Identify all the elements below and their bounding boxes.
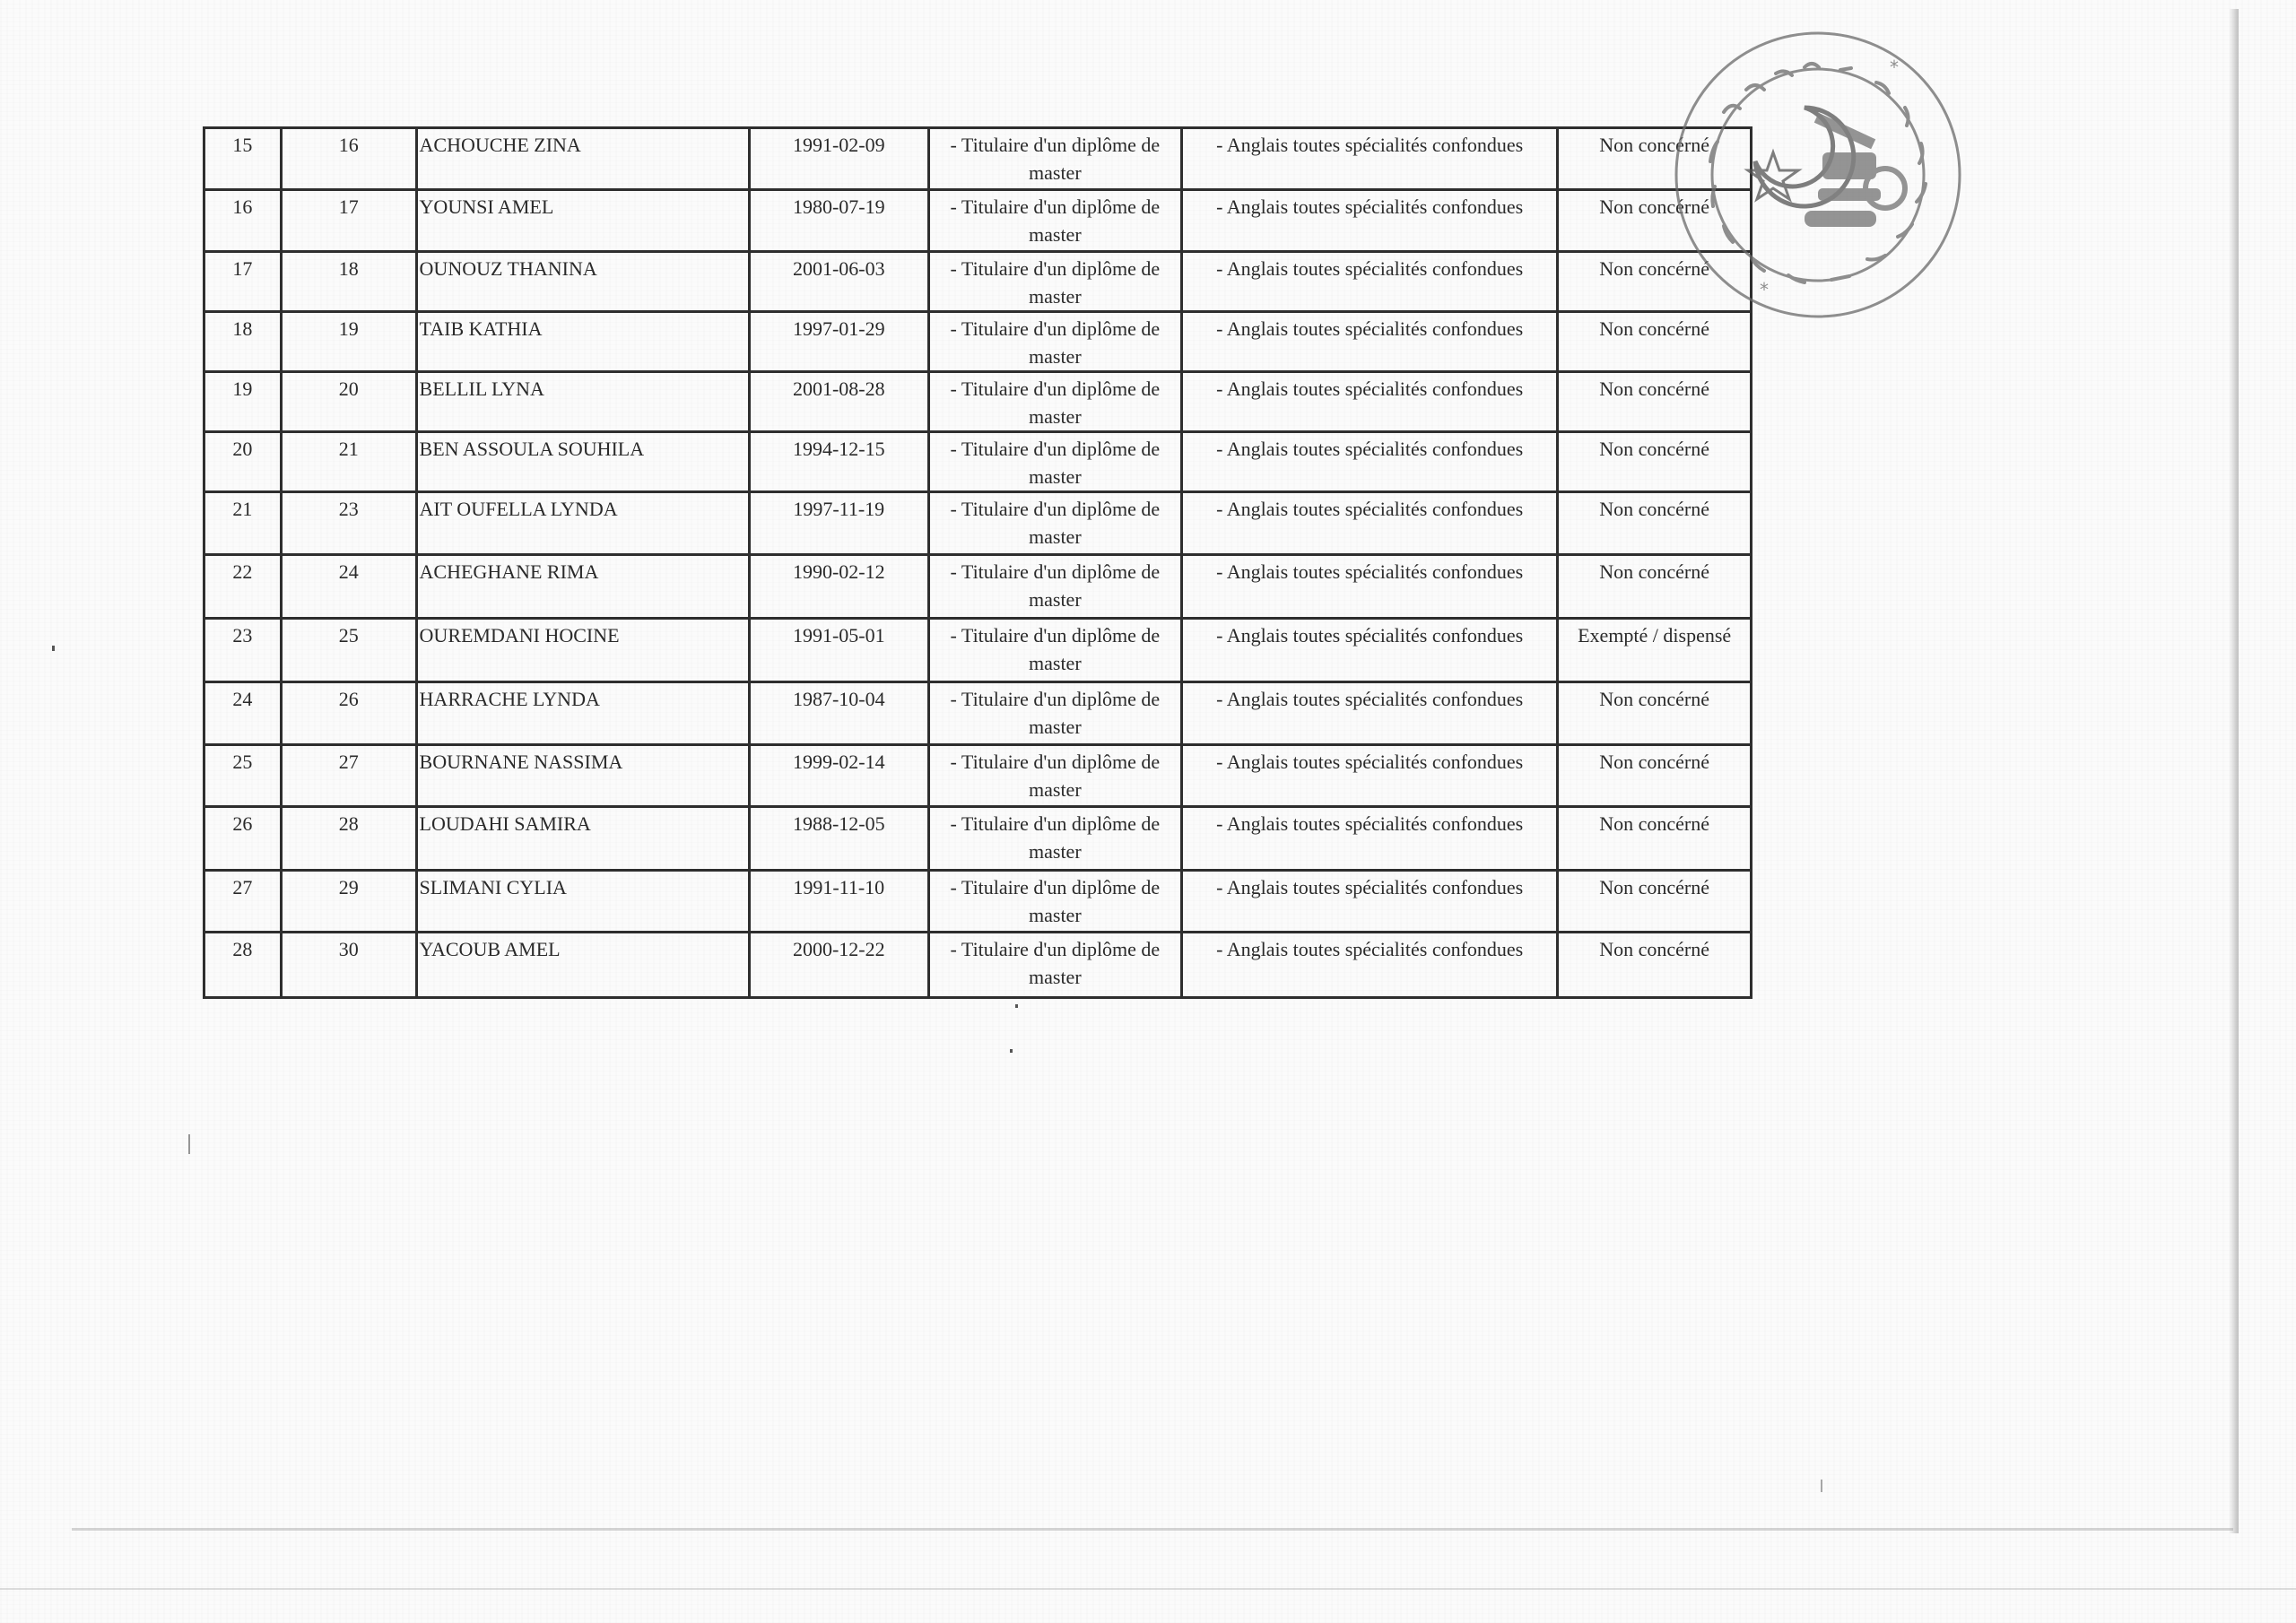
scan-edge-line bbox=[72, 1528, 2233, 1531]
row-number-cell: 20 bbox=[204, 432, 282, 492]
candidate-name-cell: ACHOUCHE ZINA bbox=[416, 128, 749, 190]
row-number-cell: 15 bbox=[204, 128, 282, 190]
birth-date-cell: 2001-08-28 bbox=[749, 372, 928, 432]
birth-date-cell: 2001-06-03 bbox=[749, 252, 928, 312]
status-cell: Non concérné bbox=[1558, 682, 1752, 745]
diploma-cell: - Titulaire d'un diplôme de master bbox=[928, 682, 1181, 745]
svg-text:*: * bbox=[1890, 56, 1899, 78]
row-number-cell: 18 bbox=[204, 312, 282, 372]
scan-speck bbox=[1015, 1004, 1018, 1008]
row-number-cell: 26 bbox=[204, 807, 282, 871]
table-row: 2224ACHEGHANE RIMA1990-02-12- Titulaire … bbox=[204, 555, 1752, 619]
candidate-name-cell: BEN ASSOULA SOUHILA bbox=[416, 432, 749, 492]
birth-date-cell: 1991-11-10 bbox=[749, 871, 928, 933]
table-row: 2123AIT OUFELLA LYNDA1997-11-19- Titulai… bbox=[204, 492, 1752, 555]
table-row: 2527BOURNANE NASSIMA1999-02-14- Titulair… bbox=[204, 745, 1752, 807]
birth-date-cell: 1994-12-15 bbox=[749, 432, 928, 492]
candidate-name-cell: TAIB KATHIA bbox=[416, 312, 749, 372]
candidates-table: 1516ACHOUCHE ZINA1991-02-09- Titulaire d… bbox=[203, 126, 1752, 999]
row-number-cell: 17 bbox=[204, 252, 282, 312]
specialty-cell: - Anglais toutes spécialités confondues bbox=[1182, 190, 1558, 252]
official-seal-icon: * * bbox=[1670, 27, 1966, 323]
birth-date-cell: 1997-11-19 bbox=[749, 492, 928, 555]
diploma-cell: - Titulaire d'un diplôme de master bbox=[928, 432, 1181, 492]
status-cell: Non concérné bbox=[1558, 492, 1752, 555]
birth-date-cell: 1997-01-29 bbox=[749, 312, 928, 372]
table-row: 2628LOUDAHI SAMIRA1988-12-05- Titulaire … bbox=[204, 807, 1752, 871]
diploma-cell: - Titulaire d'un diplôme de master bbox=[928, 619, 1181, 682]
birth-date-cell: 1991-02-09 bbox=[749, 128, 928, 190]
table-row: 1718OUNOUZ THANINA2001-06-03- Titulaire … bbox=[204, 252, 1752, 312]
candidate-name-cell: BELLIL LYNA bbox=[416, 372, 749, 432]
specialty-cell: - Anglais toutes spécialités confondues bbox=[1182, 619, 1558, 682]
specialty-cell: - Anglais toutes spécialités confondues bbox=[1182, 492, 1558, 555]
row-number-cell: 16 bbox=[204, 190, 282, 252]
status-cell: Exempté / dispensé bbox=[1558, 619, 1752, 682]
specialty-cell: - Anglais toutes spécialités confondues bbox=[1182, 807, 1558, 871]
candidates-table-body: 1516ACHOUCHE ZINA1991-02-09- Titulaire d… bbox=[204, 128, 1752, 998]
row-number-cell: 25 bbox=[204, 745, 282, 807]
diploma-cell: - Titulaire d'un diplôme de master bbox=[928, 745, 1181, 807]
specialty-cell: - Anglais toutes spécialités confondues bbox=[1182, 682, 1558, 745]
candidate-name-cell: BOURNANE NASSIMA bbox=[416, 745, 749, 807]
table-row: 2325OUREMDANI HOCINE1991-05-01- Titulair… bbox=[204, 619, 1752, 682]
specialty-cell: - Anglais toutes spécialités confondues bbox=[1182, 252, 1558, 312]
diploma-cell: - Titulaire d'un diplôme de master bbox=[928, 933, 1181, 998]
diploma-cell: - Titulaire d'un diplôme de master bbox=[928, 372, 1181, 432]
candidate-id-cell: 20 bbox=[281, 372, 416, 432]
scan-edge-shadow bbox=[2230, 9, 2239, 1533]
specialty-cell: - Anglais toutes spécialités confondues bbox=[1182, 745, 1558, 807]
candidate-id-cell: 19 bbox=[281, 312, 416, 372]
table-row: 2426HARRACHE LYNDA1987-10-04- Titulaire … bbox=[204, 682, 1752, 745]
birth-date-cell: 1999-02-14 bbox=[749, 745, 928, 807]
table-row: 2830YACOUB AMEL2000-12-22- Titulaire d'u… bbox=[204, 933, 1752, 998]
status-cell: Non concérné bbox=[1558, 933, 1752, 998]
row-number-cell: 24 bbox=[204, 682, 282, 745]
candidate-name-cell: ACHEGHANE RIMA bbox=[416, 555, 749, 619]
candidate-id-cell: 23 bbox=[281, 492, 416, 555]
row-number-cell: 28 bbox=[204, 933, 282, 998]
table-row: 1920BELLIL LYNA2001-08-28- Titulaire d'u… bbox=[204, 372, 1752, 432]
row-number-cell: 27 bbox=[204, 871, 282, 933]
row-number-cell: 19 bbox=[204, 372, 282, 432]
specialty-cell: - Anglais toutes spécialités confondues bbox=[1182, 933, 1558, 998]
row-number-cell: 21 bbox=[204, 492, 282, 555]
scan-speck bbox=[1821, 1480, 1822, 1492]
diploma-cell: - Titulaire d'un diplôme de master bbox=[928, 871, 1181, 933]
specialty-cell: - Anglais toutes spécialités confondues bbox=[1182, 871, 1558, 933]
candidate-id-cell: 16 bbox=[281, 128, 416, 190]
birth-date-cell: 2000-12-22 bbox=[749, 933, 928, 998]
birth-date-cell: 1987-10-04 bbox=[749, 682, 928, 745]
svg-text:*: * bbox=[1760, 279, 1769, 300]
candidate-id-cell: 21 bbox=[281, 432, 416, 492]
birth-date-cell: 1980-07-19 bbox=[749, 190, 928, 252]
diploma-cell: - Titulaire d'un diplôme de master bbox=[928, 492, 1181, 555]
candidate-id-cell: 29 bbox=[281, 871, 416, 933]
candidate-id-cell: 26 bbox=[281, 682, 416, 745]
diploma-cell: - Titulaire d'un diplôme de master bbox=[928, 312, 1181, 372]
status-cell: Non concérné bbox=[1558, 372, 1752, 432]
scan-speck bbox=[188, 1134, 190, 1154]
status-cell: Non concérné bbox=[1558, 432, 1752, 492]
candidate-name-cell: SLIMANI CYLIA bbox=[416, 871, 749, 933]
table-row: 2729SLIMANI CYLIA1991-11-10- Titulaire d… bbox=[204, 871, 1752, 933]
scan-speck bbox=[1010, 1049, 1013, 1053]
status-cell: Non concérné bbox=[1558, 871, 1752, 933]
table-row: 1516ACHOUCHE ZINA1991-02-09- Titulaire d… bbox=[204, 128, 1752, 190]
specialty-cell: - Anglais toutes spécialités confondues bbox=[1182, 432, 1558, 492]
birth-date-cell: 1991-05-01 bbox=[749, 619, 928, 682]
diploma-cell: - Titulaire d'un diplôme de master bbox=[928, 190, 1181, 252]
row-number-cell: 23 bbox=[204, 619, 282, 682]
candidate-name-cell: OUREMDANI HOCINE bbox=[416, 619, 749, 682]
candidate-id-cell: 25 bbox=[281, 619, 416, 682]
candidate-name-cell: OUNOUZ THANINA bbox=[416, 252, 749, 312]
scan-edge-line bbox=[0, 1588, 2296, 1590]
candidate-name-cell: YACOUB AMEL bbox=[416, 933, 749, 998]
candidate-id-cell: 27 bbox=[281, 745, 416, 807]
status-cell: Non concérné bbox=[1558, 807, 1752, 871]
status-cell: Non concérné bbox=[1558, 745, 1752, 807]
status-cell: Non concérné bbox=[1558, 555, 1752, 619]
table-row: 2021BEN ASSOULA SOUHILA1994-12-15- Titul… bbox=[204, 432, 1752, 492]
table-row: 1617YOUNSI AMEL1980-07-19- Titulaire d'u… bbox=[204, 190, 1752, 252]
birth-date-cell: 1990-02-12 bbox=[749, 555, 928, 619]
candidate-name-cell: HARRACHE LYNDA bbox=[416, 682, 749, 745]
diploma-cell: - Titulaire d'un diplôme de master bbox=[928, 555, 1181, 619]
diploma-cell: - Titulaire d'un diplôme de master bbox=[928, 252, 1181, 312]
table-row: 1819TAIB KATHIA1997-01-29- Titulaire d'u… bbox=[204, 312, 1752, 372]
row-number-cell: 22 bbox=[204, 555, 282, 619]
candidate-id-cell: 30 bbox=[281, 933, 416, 998]
candidate-id-cell: 28 bbox=[281, 807, 416, 871]
candidate-name-cell: YOUNSI AMEL bbox=[416, 190, 749, 252]
diploma-cell: - Titulaire d'un diplôme de master bbox=[928, 807, 1181, 871]
candidate-name-cell: LOUDAHI SAMIRA bbox=[416, 807, 749, 871]
specialty-cell: - Anglais toutes spécialités confondues bbox=[1182, 128, 1558, 190]
scan-speck bbox=[52, 646, 55, 651]
birth-date-cell: 1988-12-05 bbox=[749, 807, 928, 871]
diploma-cell: - Titulaire d'un diplôme de master bbox=[928, 128, 1181, 190]
candidate-name-cell: AIT OUFELLA LYNDA bbox=[416, 492, 749, 555]
candidate-id-cell: 24 bbox=[281, 555, 416, 619]
specialty-cell: - Anglais toutes spécialités confondues bbox=[1182, 312, 1558, 372]
specialty-cell: - Anglais toutes spécialités confondues bbox=[1182, 555, 1558, 619]
candidate-id-cell: 18 bbox=[281, 252, 416, 312]
candidate-id-cell: 17 bbox=[281, 190, 416, 252]
specialty-cell: - Anglais toutes spécialités confondues bbox=[1182, 372, 1558, 432]
